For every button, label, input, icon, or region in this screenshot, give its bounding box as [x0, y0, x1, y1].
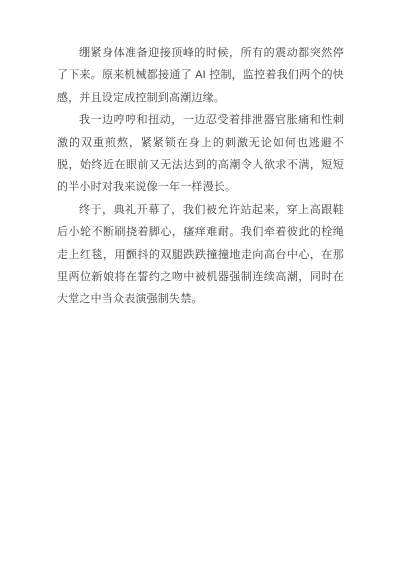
paragraph-2: 我一边哼哼和扭动，一边忍受着排泄器官胀痛和性刺激的双重煎熬，紧紧锁在身上的刺激无…: [57, 109, 344, 199]
text-block: 绷紧身体准备迎接顶峰的时候，所有的震动都突然停了下来。原来机械都接通了 AI 控…: [57, 42, 344, 311]
document-page: 绷紧身体准备迎接顶峰的时候，所有的震动都突然停了下来。原来机械都接通了 AI 控…: [0, 0, 400, 566]
paragraph-1: 绷紧身体准备迎接顶峰的时候，所有的震动都突然停了下来。原来机械都接通了 AI 控…: [57, 42, 344, 109]
paragraph-3: 终于，典礼开幕了，我们被允许站起来，穿上高跟鞋后小轮不断刷挠着脚心，瘙痒难耐。我…: [57, 199, 344, 311]
